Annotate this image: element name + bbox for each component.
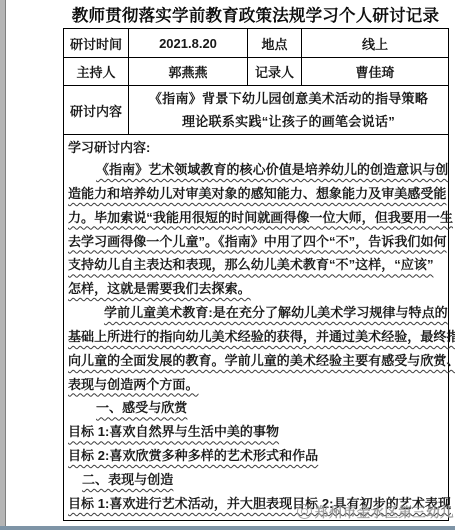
study-text-line: 《指南》艺术领域教育的核心价值是培养幼儿的创造意识与创 — [68, 158, 443, 182]
study-text-line: 支持幼儿自主表达和表现，那么幼儿美术教育“不”这样，“应该” — [68, 253, 443, 277]
study-text-line: 力。毕加索说“我能用很短的时间就画得像一位大师，但我要用一生 — [68, 206, 443, 230]
study-section-heading-2: 二、表现与创造 — [68, 468, 443, 492]
host-label: 主持人 — [64, 58, 129, 86]
study-text-line: 去学习画得像一个儿童”。《指南》中用了四个“不”，告诉我们如何 — [68, 230, 443, 254]
table-row: 研讨时间 2021.8.20 地点 线上 — [64, 29, 449, 58]
discussion-topic-label: 研讨内容 — [64, 86, 129, 135]
study-goal-line: 目标 2:喜欢欣赏多种多样的艺术形式和作品 — [68, 444, 443, 468]
table-row: 学习研讨内容: 《指南》艺术领域教育的核心价值是培养幼儿的创造意识与创 造能力和… — [64, 135, 449, 521]
kindergarten-watermark-text: 郑州市金水区第三幼儿园 — [315, 501, 455, 521]
study-text-line: 基础上所进行的指向幼儿美术经验的获得，并通过美术经验，最终指 — [68, 325, 443, 349]
study-text-line: 造能力和培养幼儿对审美对象的感知能力、想象能力及审美感受能 — [68, 182, 443, 206]
page-bottom-edge — [0, 526, 455, 530]
recorder-value: 曹佳琦 — [302, 58, 449, 86]
discussion-time-label: 研讨时间 — [64, 29, 129, 58]
page-left-edge — [0, 0, 6, 530]
study-content-cell: 学习研讨内容: 《指南》艺术领域教育的核心价值是培养幼儿的创造意识与创 造能力和… — [64, 135, 449, 521]
study-text-line: 学前儿童美术教育:是在充分了解幼儿美术学习规律与特点的 — [68, 301, 443, 325]
discussion-topic-value: 《指南》背景下幼儿园创意美术活动的指导策略 理论联系实践“让孩子的画笔会说话” — [129, 86, 449, 135]
study-section-heading-1: 一、感受与欣赏 — [68, 396, 443, 420]
table-row: 研讨内容 《指南》背景下幼儿园创意美术活动的指导策略 理论联系实践“让孩子的画笔… — [64, 86, 449, 135]
study-text-line: 表现与创造两个方面。 — [68, 373, 443, 397]
topic-line-1: 《指南》背景下幼儿园创意美术活动的指导策略 — [131, 87, 446, 110]
study-text-line: 怎样，这就是需要我们去探索。 — [68, 277, 443, 301]
table-row: 主持人 郭燕燕 记录人 曹佳琦 — [64, 58, 449, 86]
recorder-label: 记录人 — [248, 58, 302, 86]
scanned-document-page: 教师贯彻落实学前教育政策法规学习个人研讨记录 研讨时间 2021.8.20 地点… — [0, 0, 455, 530]
page-title: 教师贯彻落实学前教育政策法规学习个人研讨记录 — [63, 2, 448, 26]
kindergarten-watermark: 郑州市金水区第三幼儿园 — [297, 501, 455, 521]
study-text-line: 向儿童的全面发展的教育。学前儿童的美术经验主要有感受与欣赏、 — [68, 349, 443, 373]
study-content-heading: 学习研讨内容: — [68, 138, 443, 158]
study-goal-line: 目标 1:喜欢自然界与生活中美的事物 — [68, 420, 443, 444]
topic-line-2: 理论联系实践“让孩子的画笔会说话” — [131, 110, 446, 133]
discussion-time-value: 2021.8.20 — [129, 29, 248, 58]
location-value: 线上 — [302, 29, 449, 58]
location-label: 地点 — [248, 29, 302, 58]
host-value: 郭燕燕 — [129, 58, 248, 86]
discussion-record-table: 研讨时间 2021.8.20 地点 线上 主持人 郭燕燕 记录人 曹佳琦 研讨内… — [63, 28, 449, 521]
kindergarten-logo-icon — [297, 504, 312, 519]
